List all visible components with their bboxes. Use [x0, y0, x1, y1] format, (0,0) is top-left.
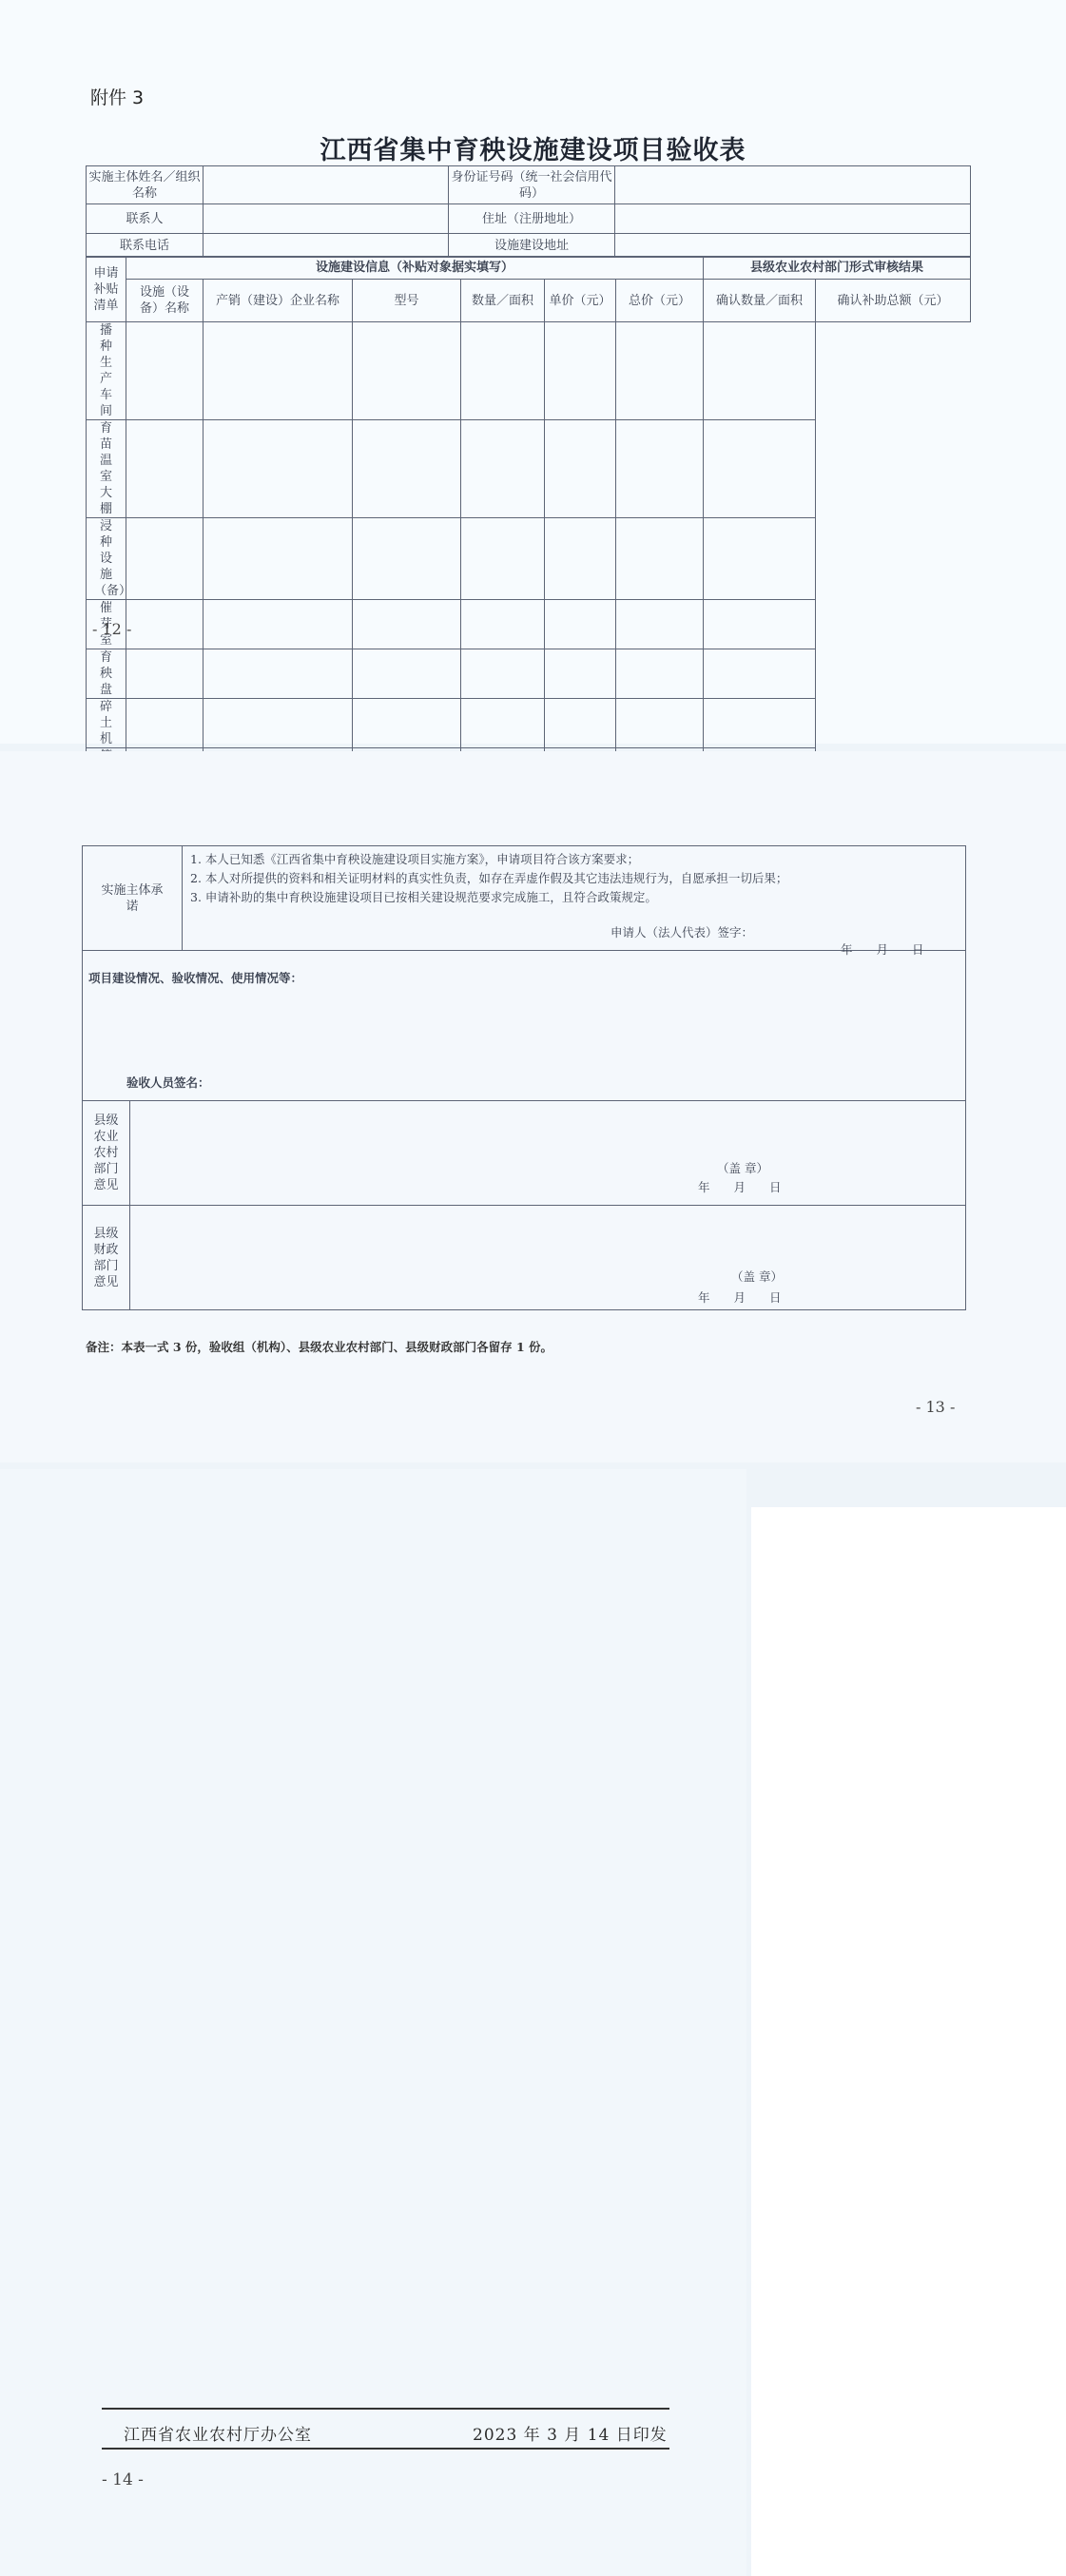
- facility-row: 催芽室: [87, 600, 971, 649]
- info-value-field[interactable]: [204, 166, 449, 204]
- column-header: 确认补助总额（元）: [816, 280, 971, 322]
- column-header: 单价（元）: [545, 280, 616, 322]
- facility-cell[interactable]: [616, 322, 704, 420]
- facility-cell[interactable]: [126, 699, 204, 748]
- page-14: [0, 1469, 746, 2576]
- facility-cell[interactable]: [461, 699, 545, 748]
- info-label: 联系电话: [87, 234, 204, 258]
- facility-row: 播种生产车间: [87, 322, 971, 420]
- page-number: - 13 -: [916, 1398, 955, 1416]
- facility-cell[interactable]: [616, 420, 704, 518]
- column-header-row: 设施（设备）名称产销（建设）企业名称型号数量／面积单价（元）总价（元）确认数量／…: [87, 280, 971, 322]
- facility-cell[interactable]: [353, 322, 461, 420]
- facility-name: 碎土机: [87, 699, 126, 748]
- info-value-field[interactable]: [615, 234, 971, 258]
- info-label: 住址（注册地址）: [449, 204, 615, 234]
- facility-row: 浸种设施（备）: [87, 518, 971, 600]
- facility-cell[interactable]: [545, 699, 616, 748]
- facility-cell[interactable]: [704, 699, 816, 748]
- agri-dept-date: 年 月 日: [698, 1179, 782, 1195]
- column-header: 型号: [353, 280, 461, 322]
- page-number: - 14 -: [102, 2470, 144, 2489]
- pledge-row: 实施主体承诺 1. 本人已知悉《江西省集中育秧设施建设项目实施方案》，申请项目符…: [83, 846, 966, 951]
- facility-cell[interactable]: [204, 322, 353, 420]
- group-header-left: 设施建设信息（补贴对象据实填写）: [126, 257, 704, 280]
- pledge-content: 1. 本人已知悉《江西省集中育秧设施建设项目实施方案》，申请项目符合该方案要求；…: [183, 846, 966, 951]
- facility-cell[interactable]: [353, 518, 461, 600]
- column-header: 设施（设备）名称: [126, 280, 204, 322]
- info-value-field[interactable]: [204, 204, 449, 234]
- agri-dept-label: 县级农业农村部门意见: [83, 1101, 130, 1206]
- facility-cell[interactable]: [616, 600, 704, 649]
- info-label: 身份证号码（统一社会信用代码）: [449, 166, 615, 204]
- facility-cell[interactable]: [126, 322, 204, 420]
- issuer-label: 江西省农业农村厅办公室: [124, 2421, 312, 2445]
- bottom-rule: [102, 2448, 669, 2450]
- facility-cell[interactable]: [353, 649, 461, 699]
- facility-name: 浸种设施（备）: [87, 518, 126, 600]
- seal-label: （盖 章）: [731, 1269, 783, 1285]
- info-value-field[interactable]: [204, 234, 449, 258]
- finance-dept-opinion-field[interactable]: （盖 章） 年 月 日: [130, 1206, 966, 1310]
- facility-cell[interactable]: [545, 649, 616, 699]
- facility-cell[interactable]: [126, 649, 204, 699]
- facility-cell[interactable]: [545, 322, 616, 420]
- facility-cell[interactable]: [545, 420, 616, 518]
- page-number: - 12 -: [92, 620, 131, 638]
- facility-cell[interactable]: [461, 600, 545, 649]
- facility-cell[interactable]: [126, 420, 204, 518]
- applicant-info-table: 实施主体姓名／组织名称 身份证号码（统一社会信用代码） 联系人 住址（注册地址）…: [86, 165, 971, 258]
- page-12: 附件 3 江西省集中育秧设施建设项目验收表 实施主体姓名／组织名称 身份证号码（…: [0, 0, 1066, 744]
- info-row: 实施主体姓名／组织名称 身份证号码（统一社会信用代码）: [87, 166, 971, 204]
- agri-dept-row: 县级农业农村部门意见 （盖 章） 年 月 日: [83, 1101, 966, 1206]
- facility-cell[interactable]: [461, 518, 545, 600]
- facility-cell[interactable]: [461, 420, 545, 518]
- facility-cell[interactable]: [704, 322, 816, 420]
- facility-row: 育秧盘: [87, 649, 971, 699]
- facility-name: 育秧盘: [87, 649, 126, 699]
- facility-cell[interactable]: [126, 518, 204, 600]
- facility-cell[interactable]: [126, 600, 204, 649]
- group-header-right: 县级农业农村部门形式审核结果: [704, 257, 971, 280]
- facility-cell[interactable]: [616, 649, 704, 699]
- inspection-cell[interactable]: 项目建设情况、验收情况、使用情况等： 验收人员签名：: [83, 951, 966, 1101]
- pledge-item: 3. 申请补助的集中育秧设施建设项目已按相关建设规范要求完成施工，且符合政策规定…: [190, 888, 958, 907]
- finance-dept-label: 县级财政部门意见: [83, 1206, 130, 1310]
- inspection-label: 项目建设情况、验收情况、使用情况等：: [88, 970, 302, 986]
- facility-cell[interactable]: [204, 420, 353, 518]
- facility-cell[interactable]: [353, 600, 461, 649]
- facility-name: 播种生产车间: [87, 322, 126, 420]
- facility-cell[interactable]: [545, 600, 616, 649]
- pledge-item: 1. 本人已知悉《江西省集中育秧设施建设项目实施方案》，申请项目符合该方案要求；: [190, 850, 958, 869]
- info-row: 联系电话 设施建设地址: [87, 234, 971, 258]
- column-header: 总价（元）: [616, 280, 704, 322]
- side-label: 申请补贴清单: [87, 257, 126, 322]
- agri-dept-opinion-field[interactable]: （盖 章） 年 月 日: [130, 1101, 966, 1206]
- facility-cell[interactable]: [616, 518, 704, 600]
- info-label: 实施主体姓名／组织名称: [87, 166, 204, 204]
- info-label: 联系人: [87, 204, 204, 234]
- info-label: 设施建设地址: [449, 234, 615, 258]
- facility-cell[interactable]: [204, 649, 353, 699]
- pledge-label: 实施主体承诺: [83, 846, 183, 951]
- finance-dept-row: 县级财政部门意见 （盖 章） 年 月 日: [83, 1206, 966, 1310]
- facility-cell[interactable]: [461, 322, 545, 420]
- facility-cell[interactable]: [616, 699, 704, 748]
- blank-area: [751, 1507, 1066, 2576]
- top-rule: [102, 2408, 669, 2410]
- facility-cell[interactable]: [204, 600, 353, 649]
- facility-row: 育苗温室大棚: [87, 420, 971, 518]
- facility-cell[interactable]: [704, 600, 816, 649]
- info-value-field[interactable]: [615, 166, 971, 204]
- facility-cell[interactable]: [353, 420, 461, 518]
- inspector-signature-label: 验收人员签名：: [126, 1075, 210, 1091]
- form-title: 江西省集中育秧设施建设项目验收表: [0, 129, 1066, 166]
- finance-dept-date: 年 月 日: [698, 1289, 782, 1306]
- issue-date: 2023 年 3 月 14 日印发: [473, 2421, 668, 2445]
- facility-name: 育苗温室大棚: [87, 420, 126, 518]
- seal-label: （盖 章）: [717, 1160, 768, 1176]
- facility-cell[interactable]: [545, 518, 616, 600]
- inspection-row: 项目建设情况、验收情况、使用情况等： 验收人员签名：: [83, 951, 966, 1101]
- column-header: 产销（建设）企业名称: [204, 280, 353, 322]
- facility-cell[interactable]: [204, 518, 353, 600]
- column-header: 数量／面积: [461, 280, 545, 322]
- acceptance-table: 实施主体承诺 1. 本人已知悉《江西省集中育秧设施建设项目实施方案》，申请项目符…: [82, 845, 966, 1310]
- facility-cell[interactable]: [204, 699, 353, 748]
- facility-cell[interactable]: [704, 420, 816, 518]
- facility-row: 碎土机: [87, 699, 971, 748]
- annex-label: 附件 3: [90, 84, 144, 109]
- column-header: 确认数量／面积: [704, 280, 816, 322]
- pledge-item: 2. 本人对所提供的资料和相关证明材料的真实性负责，如存在弄虚作假及其它违法违规…: [190, 869, 958, 888]
- info-row: 联系人 住址（注册地址）: [87, 204, 971, 234]
- facility-cell[interactable]: [704, 649, 816, 699]
- facility-cell[interactable]: [704, 518, 816, 600]
- applicant-signature-label: 申请人（法人代表）签字：: [611, 924, 753, 940]
- info-value-field[interactable]: [615, 204, 971, 234]
- facility-cell[interactable]: [461, 649, 545, 699]
- remark-note: 备注：本表一式 3 份，验收组（机构）、县级农业农村部门、县级财政部门各留存 1…: [86, 1338, 552, 1355]
- facility-cell[interactable]: [353, 699, 461, 748]
